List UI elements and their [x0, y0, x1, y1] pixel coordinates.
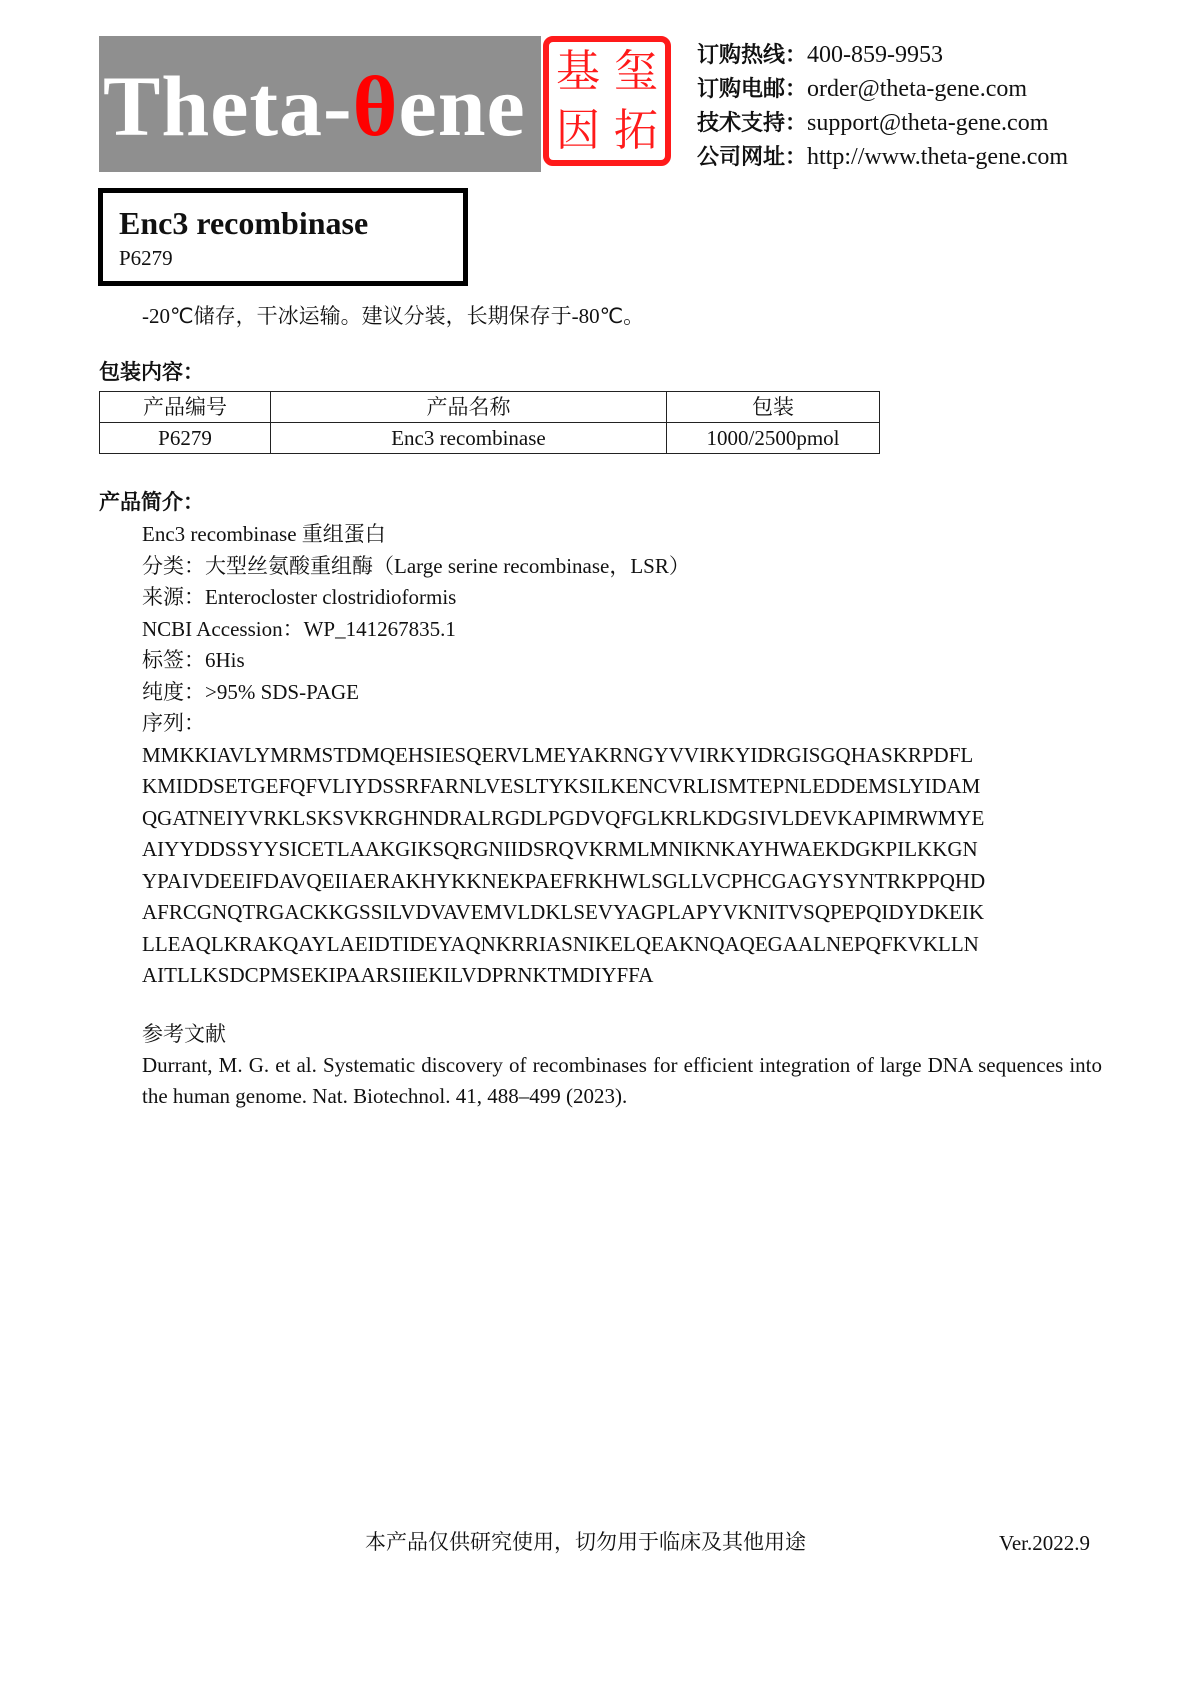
sequence-line: YPAIVDEEIFDAVQEIIAERAKHYKKNEKPAEFRKHWLSG…	[142, 866, 985, 898]
contact-label: 订购热线：	[697, 43, 807, 68]
contact-label: 技术支持：	[697, 111, 807, 136]
logo-theta-symbol: θ	[353, 58, 399, 154]
footer-disclaimer: 本产品仅供研究使用，切勿用于临床及其他用途	[365, 1527, 806, 1557]
seal-char: 因	[556, 106, 600, 156]
sequence-line: AFRCGNQTRGACKKGSSILVDVAVEMVLDKLSEVYAGPLA…	[142, 897, 985, 929]
seal-char: 玺	[614, 47, 658, 97]
sequence-line: AITLLKSDCPMSEKIPAARSIIEKILVDPRNKTMDIYFFA	[142, 960, 985, 992]
hotline-value: 400-859-9953	[807, 42, 943, 68]
sequence-line: AIYYDDSSYYSICETLAAKGIKSQRGNIIDSRQVKRMLMN…	[142, 834, 985, 866]
contact-website: 公司网址：http://www.theta-gene.com	[697, 140, 1068, 174]
package-section-title: 包装内容：	[99, 358, 204, 386]
intro-line-description: Enc3 recombinase 重组蛋白	[142, 519, 985, 551]
references-title: 参考文献	[142, 1019, 226, 1049]
contact-label: 公司网址：	[697, 145, 807, 170]
sequence-line: KMIDDSETGEFQFVLIYDSSRFARNLVESLTYKSILKENC…	[142, 771, 985, 803]
product-code: P6279	[119, 243, 463, 273]
company-seal: 基 玺 因 拓	[543, 36, 671, 166]
product-intro: Enc3 recombinase 重组蛋白 分类：大型丝氨酸重组酶（Large …	[142, 519, 985, 992]
product-title-box: Enc3 recombinase P6279	[98, 188, 468, 286]
header-product-name: 产品名称	[271, 392, 667, 423]
intro-line-purity: 纯度：>95% SDS-PAGE	[142, 677, 985, 709]
contact-order-email: 订购电邮：order@theta-gene.com	[697, 72, 1068, 106]
logo-prefix: Theta-	[103, 58, 353, 154]
intro-line-classification: 分类：大型丝氨酸重组酶（Large serine recombinase，LSR…	[142, 551, 985, 583]
contact-support-email: 技术支持：support@theta-gene.com	[697, 106, 1068, 140]
contact-label: 订购电邮：	[697, 77, 807, 102]
cell-product-code: P6279	[100, 423, 271, 454]
storage-instructions: -20℃储存，干冰运输。建议分装，长期保存于-80℃。	[142, 302, 644, 330]
document-version: Ver.2022.9	[999, 1528, 1090, 1558]
sequence-line: LLEAQLKRAKQAYLAEIDTIDEYAQNKRRIASNIKELQEA…	[142, 929, 985, 961]
intro-line-tag: 标签：6His	[142, 645, 985, 677]
intro-line-source: 来源：Enterocloster clostridioformis	[142, 582, 985, 614]
sequence-line: QGATNEIYVRKLSKSVKRGHNDRALRGDLPGDVQFGLKRL…	[142, 803, 985, 835]
intro-line-accession: NCBI Accession：WP_141267835.1	[142, 614, 985, 646]
table-header-row: 产品编号 产品名称 包装	[100, 392, 880, 423]
intro-section-title: 产品简介：	[99, 488, 204, 516]
package-table: 产品编号 产品名称 包装 P6279 Enc3 recombinase 1000…	[99, 391, 880, 454]
contact-hotline: 订购热线：400-859-9953	[697, 38, 1068, 72]
seal-char: 基	[556, 47, 600, 97]
support-email-link[interactable]: support@theta-gene.com	[807, 110, 1048, 136]
reference-item: Durrant, M. G. et al. Systematic discove…	[142, 1050, 1102, 1112]
logo-suffix: ene	[399, 58, 526, 154]
header-product-code: 产品编号	[100, 392, 271, 423]
cell-product-name: Enc3 recombinase	[271, 423, 667, 454]
header-package: 包装	[667, 392, 880, 423]
company-logo: Theta-θene	[103, 56, 526, 156]
seal-char: 拓	[614, 106, 658, 156]
sequence-line: MMKKIAVLYMRMSTDMQEHSIESQERVLMEYAKRNGYVVI…	[142, 740, 985, 772]
table-row: P6279 Enc3 recombinase 1000/2500pmol	[100, 423, 880, 454]
cell-package: 1000/2500pmol	[667, 423, 880, 454]
order-email-link[interactable]: order@theta-gene.com	[807, 76, 1027, 102]
intro-line-sequence-label: 序列：	[142, 708, 985, 740]
website-link[interactable]: http://www.theta-gene.com	[807, 144, 1068, 170]
contact-info: 订购热线：400-859-9953 订购电邮：order@theta-gene.…	[697, 38, 1068, 174]
product-name: Enc3 recombinase	[119, 205, 463, 241]
